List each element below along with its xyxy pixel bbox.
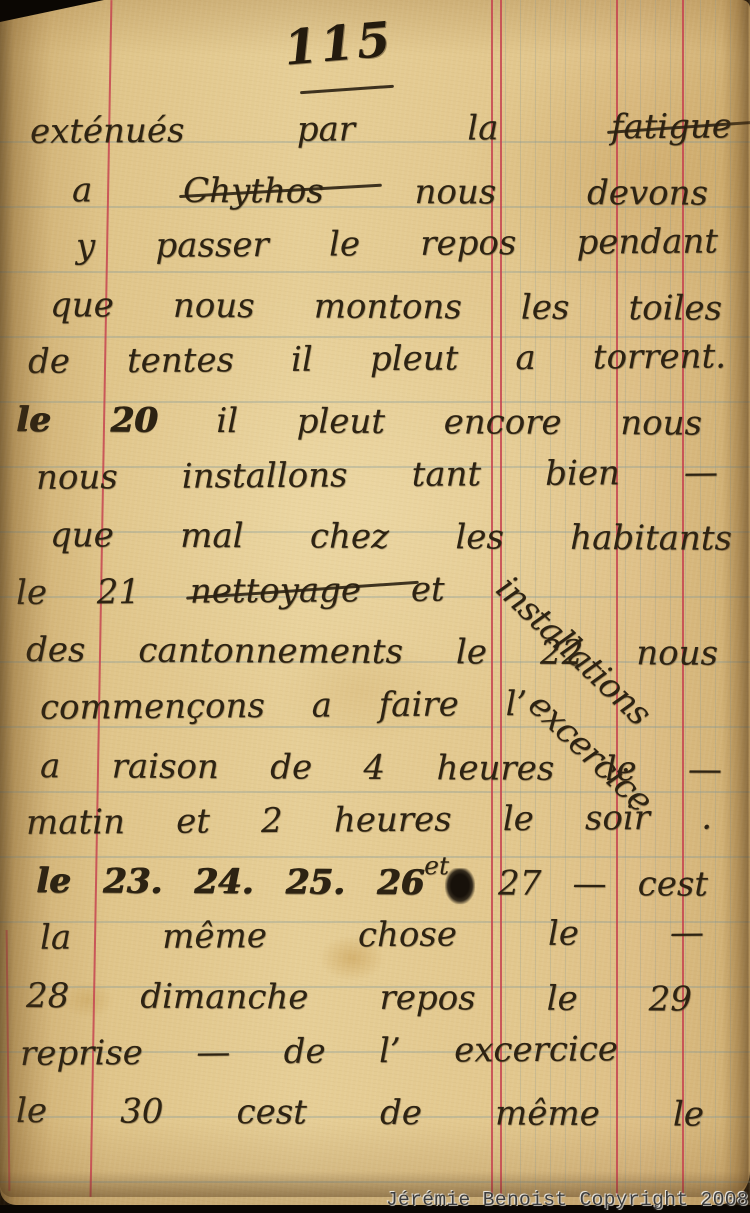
text-run: Chythos (183, 170, 324, 211)
text-run: a (72, 170, 183, 211)
manuscript-line: reprise — de l’ excercice (16, 1020, 736, 1083)
text-run: nous installons tant bien — (36, 452, 718, 497)
manuscript-line: exténués par la fatigue (16, 98, 736, 161)
text-run: des cantonnements le 22 nous (26, 630, 718, 674)
manuscript-line: 28 dimanche repos le 29 (16, 968, 736, 1029)
text-run: il pleut encore nous (157, 401, 702, 444)
text-run: exténués par la (30, 107, 611, 152)
text-run: a raison de 4 heures le — (40, 746, 722, 790)
text-run: matin et 2 heures le soir . (26, 798, 712, 843)
text-run: commençons a faire l’ (40, 684, 528, 728)
text-run: le 30 cest de même le (16, 1091, 704, 1135)
text-run: nous devons (324, 171, 708, 213)
text-run: que mal chez les habitants (50, 515, 732, 559)
gutter-shadow (0, 0, 58, 1205)
manuscript-line: le 21 nettoyage et installations (16, 559, 736, 622)
text-run: 27 — cest (467, 863, 708, 904)
text-run: reprise — de l’ excercice (20, 1029, 618, 1074)
manuscript-line: la même chose le — (16, 905, 736, 968)
manuscript-line: nous installons tant bien — (16, 444, 736, 507)
manuscript-text: exténués par la fatiguea Chythos nous de… (16, 104, 736, 1141)
manuscript-line: matin et 2 heures le soir . (16, 789, 736, 852)
manuscript-line: commençons a faire l’excercice (16, 674, 736, 737)
manuscript-line: de tentes il pleut a torrent. (16, 329, 736, 392)
text-run: que nous montons les toiles (50, 285, 722, 329)
text-run: la même chose le — (40, 913, 704, 958)
manuscript-line: le 20 il pleut encore nous (16, 392, 736, 453)
manuscript-line: y passer le repos pendant (16, 214, 736, 277)
text-run: nettoyage (190, 570, 361, 611)
text-run: fatigue (611, 106, 732, 147)
page-edge-fold (722, 0, 750, 1205)
scanned-notebook-page: 115 exténués par la fatiguea Chythos nou… (0, 0, 750, 1213)
scan-corner-shadow (0, 0, 104, 22)
text-run: de tentes il pleut a torrent. (28, 337, 726, 382)
page-number: 115 (282, 11, 396, 76)
text-run: 28 dimanche repos le 29 (26, 976, 692, 1019)
text-run: et (361, 569, 495, 610)
text-run: le 23. 24. 25. 26 (36, 861, 424, 903)
copyright-watermark: Jérémie Benoist Copyright 2008 (386, 1189, 749, 1211)
notebook-page: 115 exténués par la fatiguea Chythos nou… (0, 0, 750, 1205)
manuscript-line: le 30 cest de même le (16, 1083, 736, 1144)
text-run: y passer le repos pendant (76, 222, 718, 267)
